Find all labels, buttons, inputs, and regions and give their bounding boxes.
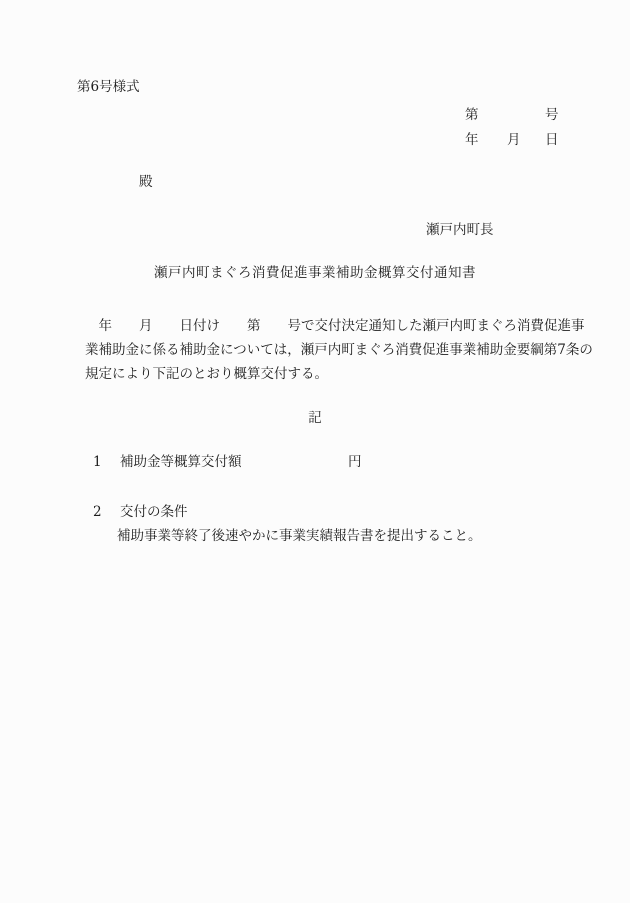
item-2-label: 交付の条件	[120, 503, 188, 523]
document-number-prefix: 第	[465, 106, 479, 126]
addressee-honorific: 殿	[139, 173, 153, 193]
body-line: 年 月 日付け 第 号で交付決定通知した瀬戸内町まぐろ消費促進事	[85, 314, 585, 338]
date-day-label: 日	[545, 131, 559, 151]
document-number-suffix: 号	[545, 106, 559, 126]
item-1-unit-label: 円	[348, 453, 362, 473]
item-1-label: 補助金等概算交付額	[120, 453, 242, 473]
body-line: 規定により下記のとおり概算交付する。	[85, 362, 585, 386]
document-title: 瀬戸内町まぐろ消費促進事業補助金概算交付通知書	[0, 264, 630, 284]
date-month-label: 月	[507, 131, 521, 151]
body-paragraph: 年 月 日付け 第 号で交付決定通知した瀬戸内町まぐろ消費促進事 業補助金に係る…	[85, 314, 585, 386]
item-1-number: 1	[93, 453, 102, 473]
item-2-number: 2	[93, 503, 102, 523]
record-marker: 記	[0, 409, 630, 429]
form-number-label: 第6号様式	[77, 78, 140, 98]
body-line: 業補助金に係る補助金については，瀬戸内町まぐろ消費促進事業補助金要綱第7条の	[85, 338, 585, 362]
date-year-label: 年	[465, 131, 479, 151]
document-page: 第6号様式 第 号 年 月 日 殿 瀬戸内町長 瀬戸内町まぐろ消費促進事業補助金…	[0, 0, 630, 903]
item-2-detail: 補助事業等終了後速やかに事業実績報告書を提出すること。	[117, 527, 482, 547]
sender-title: 瀬戸内町長	[426, 221, 494, 241]
